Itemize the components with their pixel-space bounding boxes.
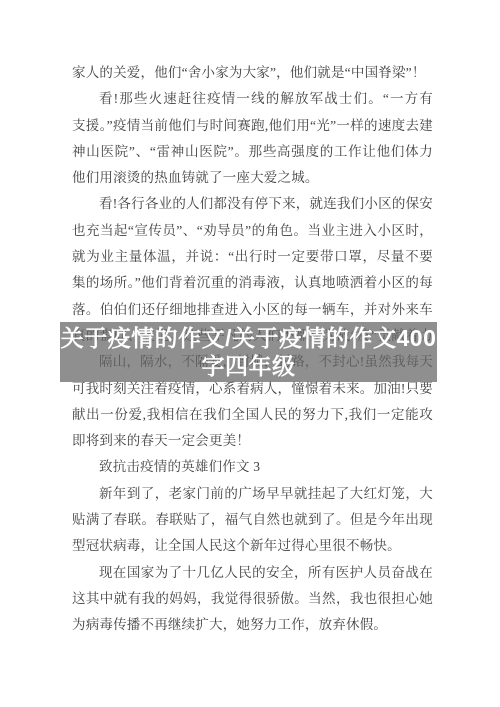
- text-line: 看!那些火速赶往疫情一线的解放军战士们。“一方有难，八方: [72, 86, 433, 112]
- text-line: 家人的关爱，他们“舍小家为大家”，他们就是“中国脊梁”！: [72, 60, 433, 86]
- document-page: 家人的关爱，他们“舍小家为大家”，他们就是“中国脊梁”！看!那些火速赶往疫情一线…: [0, 0, 500, 707]
- text-line: 神山医院”、“雷神山医院”。那些高强度的工作让他们体力虚脱，但: [72, 139, 433, 165]
- text-line: 致抗击疫情的英雄们作文 3: [72, 454, 433, 480]
- text-line: 贴满了春联。春联贴了，福气自然也就到了。但是今年出现的一种新: [72, 507, 433, 533]
- text-line: 看!各行各业的人们都没有停下来，就连我们小区的保安伯伯们: [72, 191, 433, 217]
- text-line: 新年到了，老家门前的广场早早就挂起了大红灯笼，大街小巷也: [72, 481, 433, 507]
- text-line: 也充当起“宣传员”、“劝导员”的角色。当业主进入小区时，他们: [72, 218, 433, 244]
- text-line: 即将到来的春天一定会更美！: [72, 428, 433, 454]
- text-line: 这其中就有我的妈妈，我觉得很骄傲。当然，我也很担心她的.安全。: [72, 586, 433, 612]
- text-line: 落。伯伯们还仔细地排查进入小区的每一辆车，并对外来车辆进行认: [72, 297, 433, 323]
- text-line: 为病毒传播不再继续扩大，她努力工作，放弃休假。: [72, 612, 433, 638]
- text-line: 支援。”疫情当前他们与时间赛跑,他们用“光”一样的速度去建造“火: [72, 113, 433, 139]
- title-overlay-banner: 关于疫情的作文/关于疫情的作文400 字四年级: [60, 322, 437, 382]
- text-line: 就为业主量体温，并说：“出行时一定要带口罩，尽量不要去人群密: [72, 244, 433, 270]
- text-line: 集的场所。”他们背着沉重的消毒液，认真地喷洒着小区的每一个角: [72, 270, 433, 296]
- text-line: 献出一份爱,我相信在我们全国人民的努力下,我们一定能攻克疫情!: [72, 402, 433, 428]
- overlay-title-line-1: 关于疫情的作文/关于疫情的作文400: [61, 324, 437, 352]
- text-line: 他们用滚烫的热血铸就了一座大爱之城。: [72, 165, 433, 191]
- overlay-title-line-2: 字四年级: [202, 352, 296, 380]
- text-line: 型冠状病毒，让全国人民这个新年过得心里很不畅快。: [72, 533, 433, 559]
- text-line: 现在国家为了十几亿人民的安全，所有医护人员奋战在第一线。: [72, 560, 433, 586]
